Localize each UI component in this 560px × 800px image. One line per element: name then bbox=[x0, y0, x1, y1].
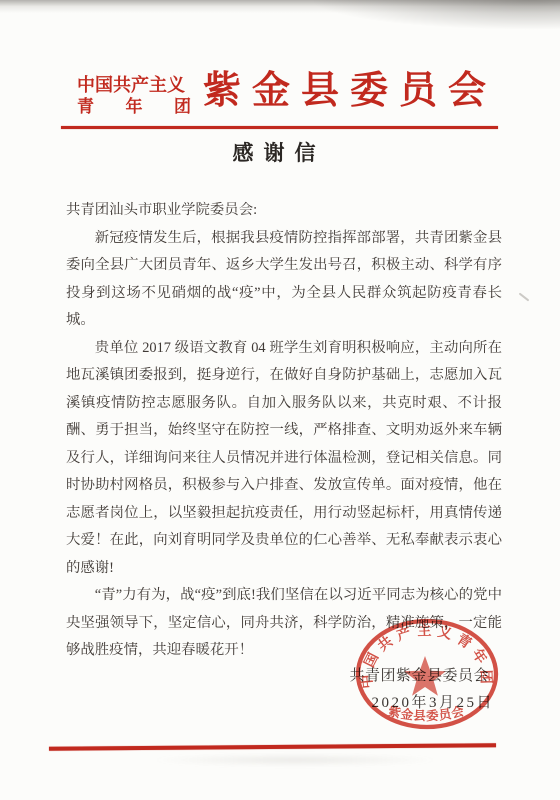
letter-title: 感谢信 bbox=[0, 137, 548, 167]
paragraph-3: “青”力有为，战“疫”到底!我们坚信在以习近平同志为核心的党中央坚强领导下，坚定… bbox=[66, 582, 502, 665]
scanned-letter-page: 中国共产主义 青 年 团 紫金县委员会 感谢信 共青团汕头市职业学院委员会: 新… bbox=[0, 0, 560, 800]
org-small-line1: 中国共产主义 bbox=[77, 75, 191, 97]
paragraph-1: 新冠疫情发生后，根据我县疫情防控指挥部部署，共青团紫金县委向全县广大团员青年、返… bbox=[66, 225, 502, 335]
scan-edge-shadow-top-right bbox=[310, 0, 560, 30]
letter-body: 共青团汕头市职业学院委员会: 新冠疫情发生后，根据我县疫情防控指挥部部署，共青团… bbox=[66, 197, 502, 665]
letterhead-org-small: 中国共产主义 青 年 团 bbox=[77, 75, 191, 118]
signature-org: 共青团紫金县委员会 bbox=[349, 664, 489, 685]
letterhead-org-large: 紫金县委员会 bbox=[203, 68, 497, 116]
signature-date: 2020年3月25日 bbox=[371, 691, 494, 712]
letterhead-divider bbox=[61, 126, 498, 129]
scan-edge-shadow-top bbox=[0, 0, 560, 13]
org-small-line2: 青 年 团 bbox=[77, 97, 191, 118]
paragraph-2: 贵单位 2017 级语文教育 04 班学生刘育明积极响应，主动向所在地瓦溪镇团委… bbox=[66, 335, 502, 583]
salutation: 共青团汕头市职业学院委员会: bbox=[66, 197, 502, 225]
scan-smudge bbox=[150, 754, 440, 766]
scan-speck bbox=[519, 293, 530, 302]
footer-divider bbox=[49, 743, 496, 750]
